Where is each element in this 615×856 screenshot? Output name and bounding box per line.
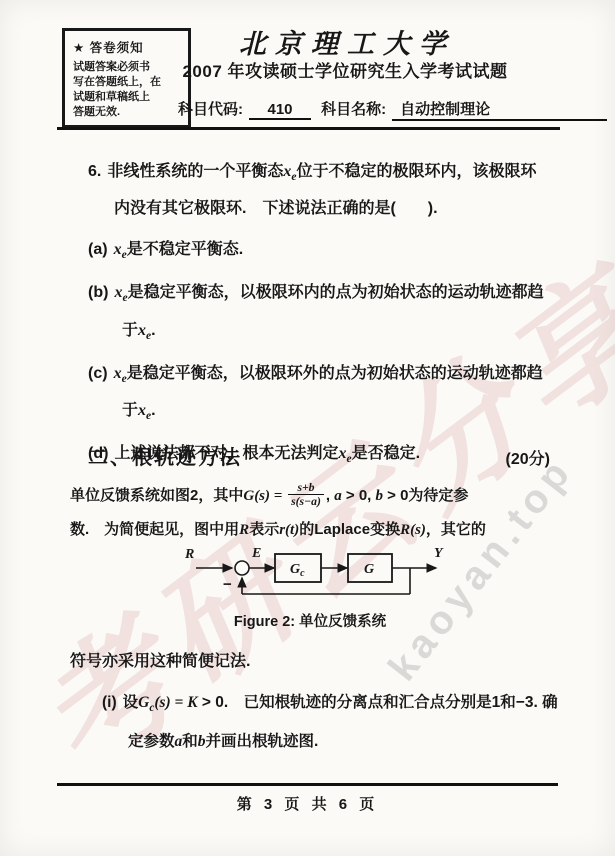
period: . (151, 402, 155, 419)
university-title: 北京理工大学 (197, 22, 497, 61)
var-R: R (239, 522, 249, 538)
input-label: R (184, 547, 194, 562)
item-i: (i)设Gc(s) = K > 0. 已知根轨迹的分离点和汇合点分别是1和−3.… (70, 686, 562, 758)
section-2-paragraph: 单位反馈系统如图2，其中G(s) = s+bs(s−a), a > 0, b >… (70, 479, 572, 547)
output-label: Y (434, 546, 444, 561)
option-a-label: (a) (88, 241, 108, 258)
transfer-function-fraction: s+bs(s−a) (288, 481, 324, 509)
subject-name-label: 科目名称: (321, 101, 386, 118)
option-b-text: 是稳定平衡态，以极限环内的点为初始状态的运动轨迹都趋于 (122, 284, 544, 338)
subject-line: 科目代码:410 科目名称:自动控制理论 (178, 98, 613, 121)
section-2-title: 二、根轨迹方法 (70, 441, 242, 470)
question-number: 6. (88, 163, 101, 180)
minus-sign: − (223, 576, 232, 593)
footer-divider (57, 783, 558, 786)
paragraph-line-2: 数. 为简便起见，图中用R表示r(t)的Laplace变换R(s)，其它的 (70, 513, 572, 547)
section-2-points: (20分) (506, 446, 550, 469)
exam-page: 考研云分享 kaoyan.top ★ 答卷须知 试题答案必须书 写在答题纸上，在… (0, 0, 615, 856)
var-rt: r(t) (279, 522, 299, 538)
var-xe: xe (138, 322, 151, 339)
stem-text: 非线性系统的一个平衡态 (107, 163, 283, 180)
controller-label: Gc (290, 562, 305, 579)
var-b: b (376, 488, 384, 504)
option-a: (a)xe是不稳定平衡态. (88, 234, 550, 271)
var-xe: xe (283, 163, 296, 180)
option-b-label: (b) (88, 284, 108, 301)
option-a-text: 是不稳定平衡态. (127, 241, 243, 258)
subject-name-value: 自动控制理论 (392, 98, 607, 121)
var-xe: xe (138, 402, 151, 419)
var-xe: xe (114, 365, 127, 382)
plant-label: G (364, 562, 374, 577)
var-Rs: R(s) (400, 522, 426, 538)
var-xe: xe (114, 241, 127, 258)
option-c-label: (c) (88, 365, 108, 382)
var-b: b (198, 733, 206, 750)
option-c-text: 是稳定平衡态，以极限环外的点为初始状态的运动轨迹都趋于 (122, 365, 543, 419)
var-K: K (187, 694, 197, 711)
header-divider (57, 127, 560, 130)
section-2-paragraph-2: 符号亦采用这种简便记法. (70, 648, 250, 671)
block-diagram: R − E Gc G Y (182, 544, 454, 611)
var-G: G (243, 488, 254, 504)
period: . (151, 322, 155, 339)
figure-caption: Figure 2: 单位反馈系统 (110, 610, 510, 631)
summing-junction (235, 561, 249, 575)
notice-line: 答题无效. (73, 105, 183, 120)
item-i-label: (i) (102, 694, 117, 711)
var-Gc: Gc (138, 694, 154, 711)
error-label: E (251, 546, 261, 561)
question-6: 6.非线性系统的一个平衡态xe位于不稳定的极限环内，该极限环内没有其它极限环. … (88, 156, 550, 475)
option-c: (c)xe是稳定平衡态，以极限环外的点为初始状态的运动轨迹都趋于xe. (88, 358, 550, 432)
section-2-header: 二、根轨迹方法 (20分) (70, 441, 550, 470)
subject-code-value: 410 (249, 101, 311, 120)
notice-line: 试题和草稿纸上 (73, 90, 183, 105)
option-b: (b)xe是稳定平衡态，以极限环内的点为初始状态的运动轨迹都趋于xe. (88, 277, 550, 351)
exam-title: 2007 年攻读硕士学位研究生入学考试试题 (155, 57, 535, 82)
var-a: a (334, 488, 342, 504)
subject-code-label: 科目代码: (178, 101, 243, 118)
notice-title: ★ 答卷须知 (73, 38, 183, 56)
paragraph-line-1: 单位反馈系统如图2，其中G(s) = s+bs(s−a), a > 0, b >… (70, 479, 572, 513)
var-xe: xe (114, 284, 127, 301)
feedback-system-diagram: R − E Gc G Y (182, 544, 454, 606)
question-6-stem: 6.非线性系统的一个平衡态xe位于不稳定的极限环内，该极限环内没有其它极限环. … (88, 156, 550, 224)
page-number: 第 3 页 共 6 页 (0, 793, 615, 814)
